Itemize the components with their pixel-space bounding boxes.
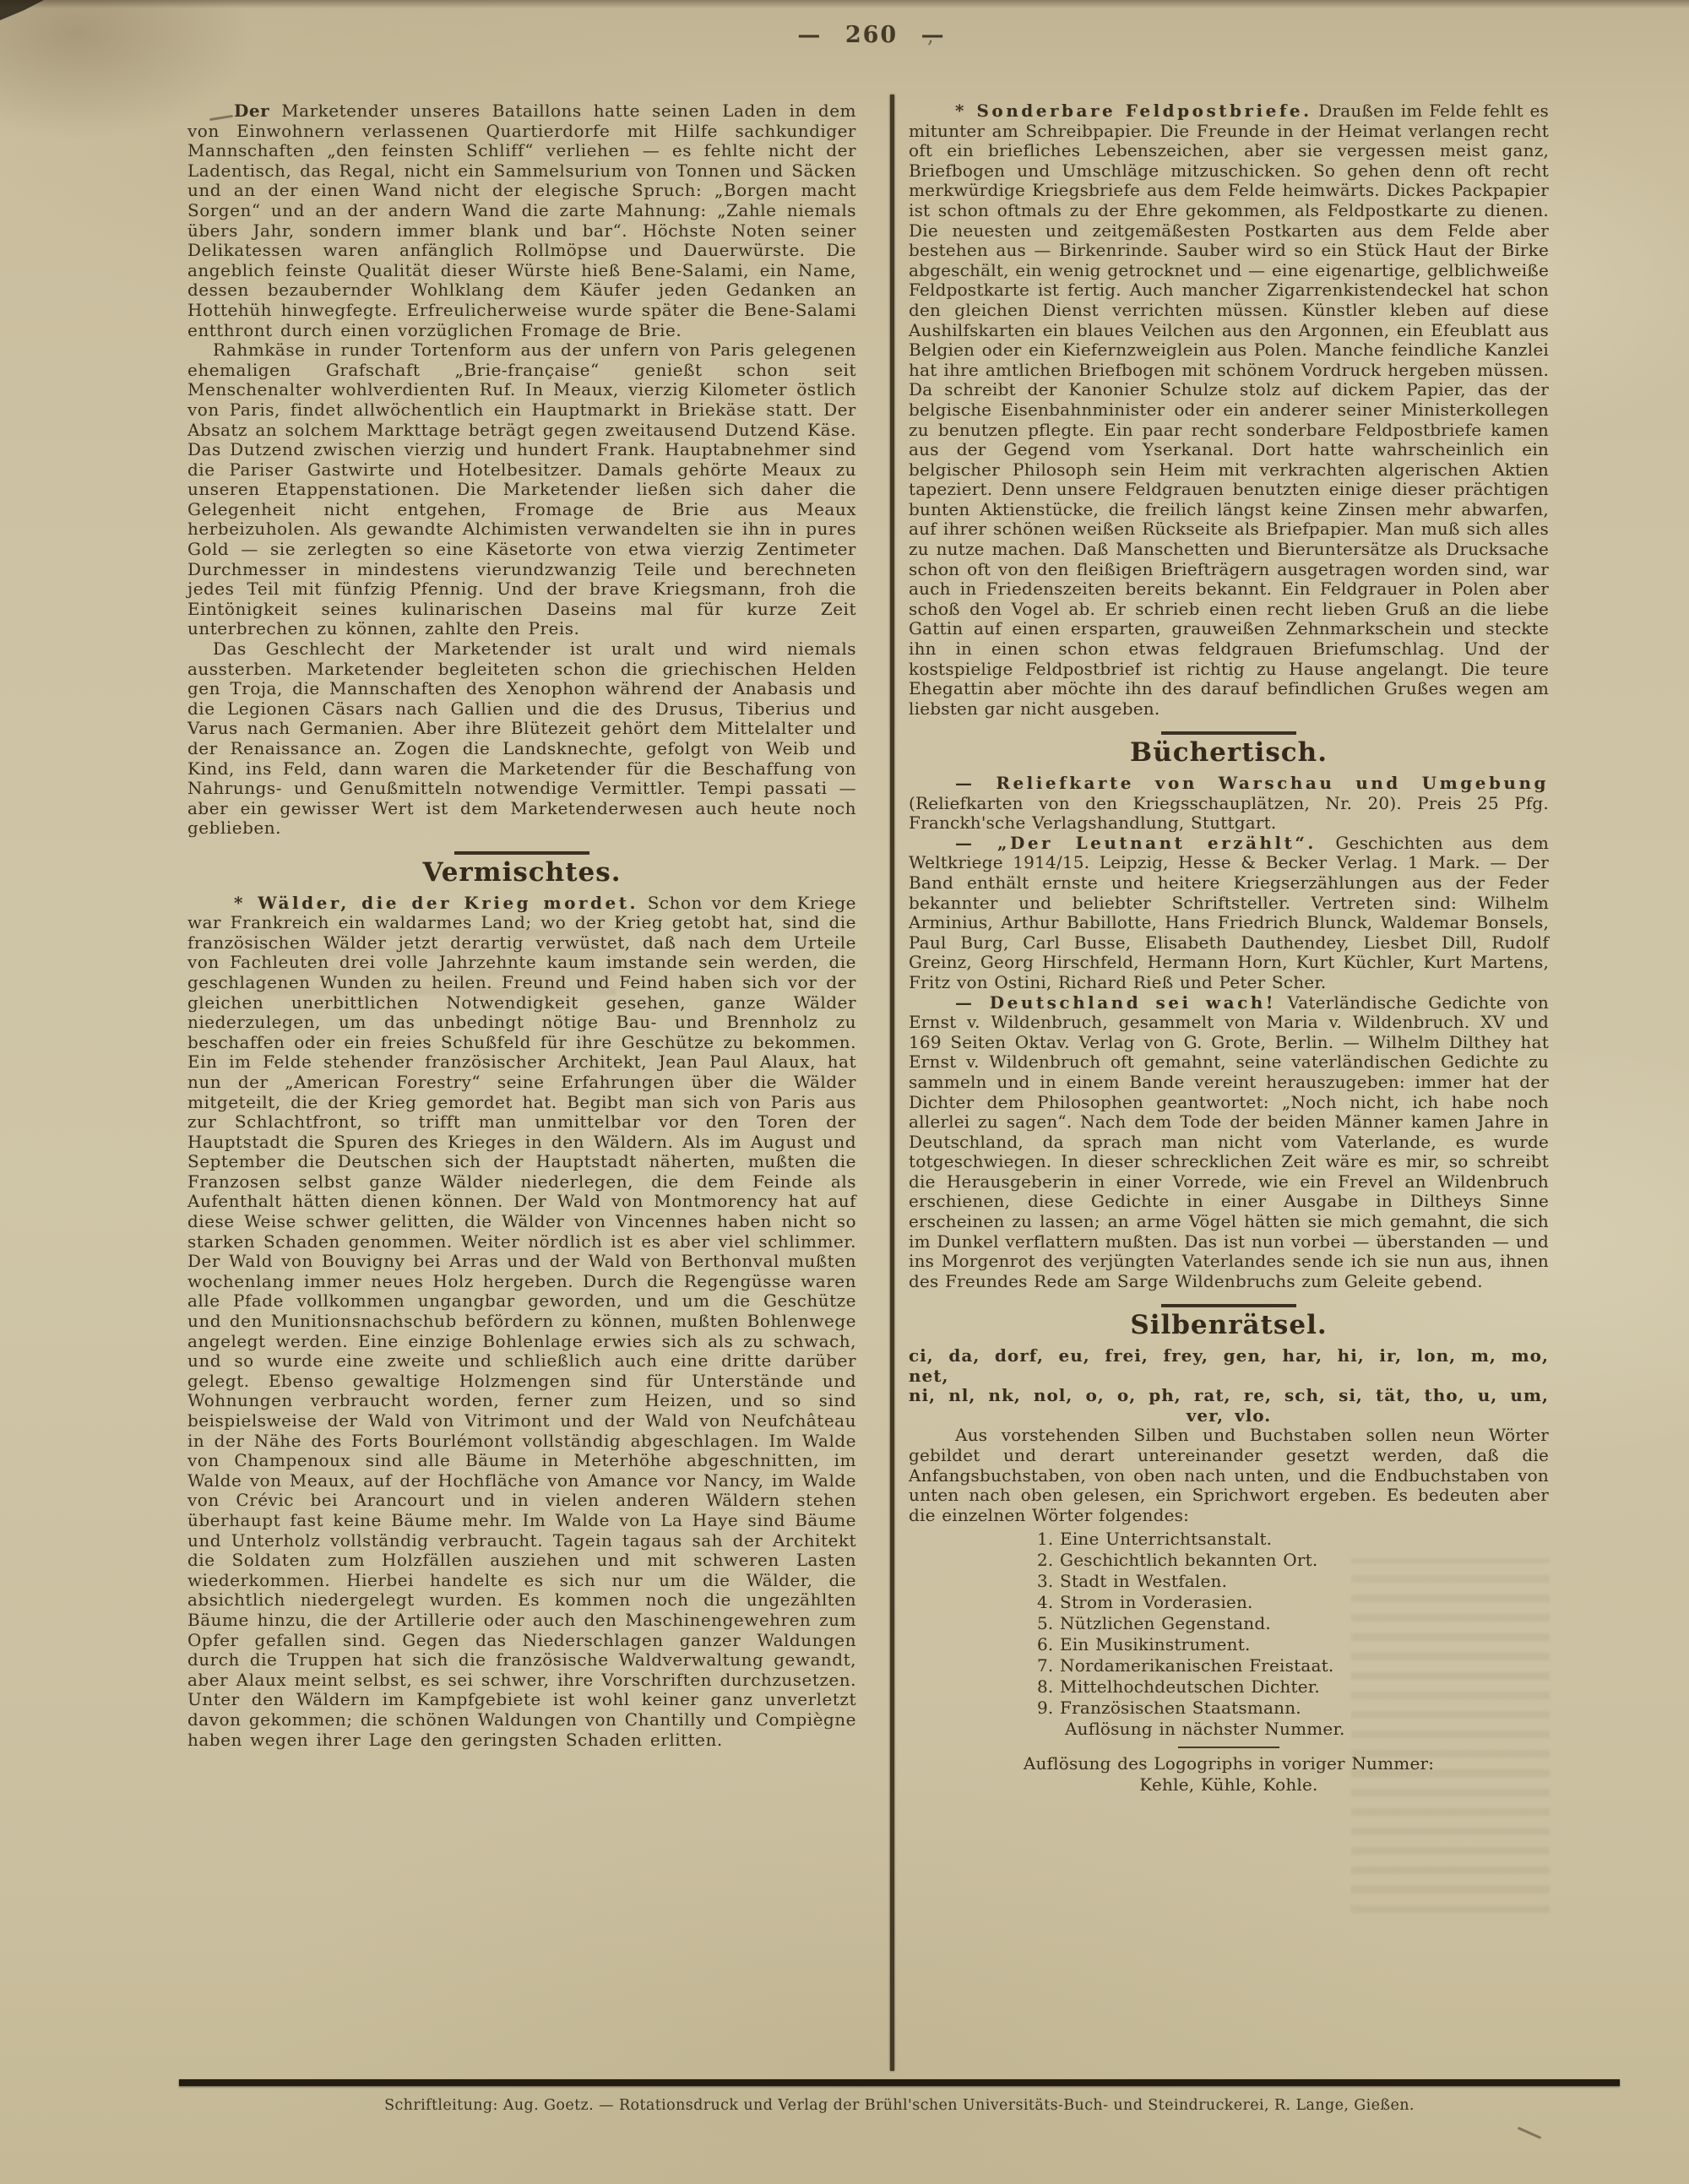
scan-corner-artifact [0, 0, 44, 20]
lead-word: Der [234, 101, 269, 121]
section-heading-buechertisch: Büchertisch. [909, 743, 1549, 763]
section-heading-vermischtes: Vermischtes. [187, 863, 856, 883]
page-number: — 260 — [797, 22, 945, 48]
paragraph-text: Marketender unseres Bataillons hatte sei… [187, 101, 856, 340]
paragraph-text: Schon vor dem Kriege war Frankreich ein … [187, 893, 856, 1750]
paragraph-text: Vaterländische Gedichte von Ernst v. Wil… [909, 992, 1549, 1291]
riddle-clue: 8. Mittelhochdeutschen Dichter. [1037, 1676, 1549, 1698]
book-review-deutschland-sei-wach: — Deutschland sei wach! Vaterländische G… [909, 993, 1549, 1292]
small-separator-rule [1178, 1747, 1279, 1748]
riddle-syllables-line2: ni, nl, nk, nol, o, o, ph, rat, re, sch,… [909, 1386, 1549, 1406]
riddle-clue: 7. Nordamerikanischen Freistaat. [1037, 1655, 1549, 1676]
right-column: * Sonderbare Feldpostbriefe. Draußen im … [909, 101, 1549, 1796]
book-title: — „Der Leutnant erzählt“. [955, 833, 1317, 853]
section-heading-silbenraetsel: Silbenrätsel. [909, 1316, 1549, 1336]
book-review-reliefkarte: — Reliefkarte von Warschau und Umgebung … [909, 774, 1549, 834]
riddle-clue: 4. Strom in Vorderasien. [1037, 1592, 1549, 1613]
article-feldpostbriefe-title: * Sonderbare Feldpostbriefe. [955, 101, 1312, 121]
riddle-clue: 2. Geschichtlich bekannten Ort. [1037, 1550, 1549, 1571]
section-separator-rule [454, 851, 589, 855]
book-title: — Deutschland sei wach! [955, 992, 1276, 1013]
pen-mark [1518, 2127, 1542, 2139]
riddle-clue: 1. Eine Unterrichtsanstalt. [1037, 1529, 1549, 1550]
article-waelder: * Wälder, die der Krieg mordet. Schon vo… [187, 894, 856, 1751]
riddle-syllables-line1: ci, da, dorf, eu, frei, frey, gen, har, … [909, 1346, 1549, 1386]
imprint-line: Schriftleitung: Aug. Goetz. — Rotationsd… [182, 2097, 1617, 2114]
footer-rule [179, 2079, 1620, 2086]
riddle-clue: 9. Französischen Staatsmann. [1037, 1698, 1549, 1719]
previous-solution-answer: Kehle, Kühle, Kohle. [909, 1774, 1549, 1796]
previous-solution-label: Auflösung des Logogriphs in voriger Numm… [909, 1753, 1549, 1774]
scanned-newspaper-page: { "colors": {"paper": "#cdc2a3", "ink": … [0, 0, 1689, 2184]
column-divider-rule [890, 95, 894, 2071]
riddle-clue-list: 1. Eine Unterrichtsanstalt. 2. Geschicht… [1037, 1529, 1549, 1719]
paragraph-text: Draußen im Felde fehlt es mitunter am Sc… [909, 101, 1549, 719]
paragraph-text: (Reliefkarten von den Kriegsschauplätzen… [909, 793, 1549, 834]
section-separator-rule [1161, 1304, 1296, 1307]
riddle-clue: 5. Nützlichen Gegenstand. [1037, 1613, 1549, 1634]
riddle-solution-note: Auflösung in nächster Nummer. [1065, 1719, 1549, 1740]
article-marketender-paragraph-2: Rahmkäse in runder Tortenform aus der un… [187, 340, 856, 639]
article-waelder-title: * Wälder, die der Krieg mordet. [234, 893, 638, 913]
article-marketender-paragraph-3: Das Geschlecht der Marketender ist uralt… [187, 639, 856, 839]
paragraph-text: Geschichten aus dem Weltkriege 1914/15. … [909, 833, 1549, 992]
article-marketender-paragraph-1: Der Marketender unseres Bataillons hatte… [187, 101, 856, 340]
article-feldpostbriefe: * Sonderbare Feldpostbriefe. Draußen im … [909, 101, 1549, 719]
left-column: Der Marketender unseres Bataillons hatte… [187, 101, 856, 1750]
riddle-clue: 3. Stadt in Westfalen. [1037, 1571, 1549, 1592]
book-review-leutnant: — „Der Leutnant erzählt“. Geschichten au… [909, 834, 1549, 993]
riddle-syllables-line3: ver, vlo. [909, 1406, 1549, 1426]
book-title: — Reliefkarte von Warschau und Umgebung [955, 773, 1549, 793]
section-separator-rule [1161, 731, 1296, 735]
riddle-instructions: Aus vorstehenden Silben und Buchstaben s… [909, 1426, 1549, 1525]
riddle-clue: 6. Ein Musikinstrument. [1037, 1634, 1549, 1655]
